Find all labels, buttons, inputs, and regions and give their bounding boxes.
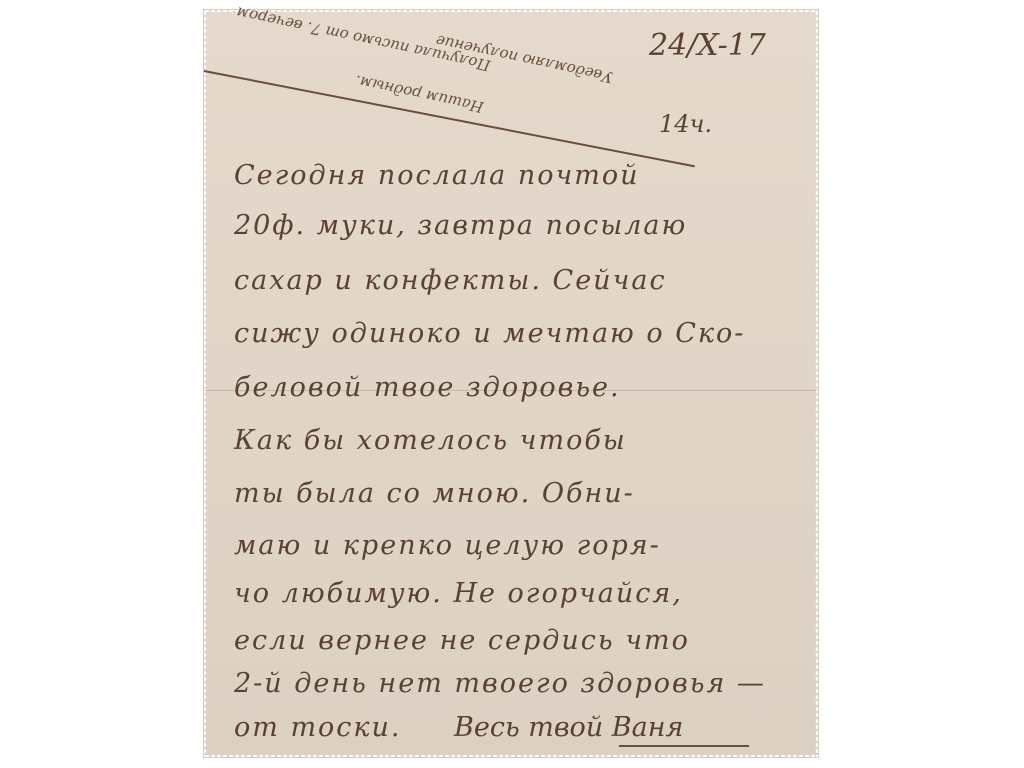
perforated-edge-top [204,10,818,14]
perforated-edge-bottom [204,753,818,757]
perforated-edge-left [204,10,208,757]
upside-down-note-line-1: Нашим родным. [354,72,485,117]
body-line-6: Как бы хотелось чтобы [234,425,627,456]
body-line-12: от тоски. [234,712,402,743]
signature: Весь твой Ваня [454,712,683,743]
letter-card: Получила письмо от 7. вечером Уведомляю … [204,10,818,757]
body-line-11: 2-й день нет твоего здоровья — [234,668,766,699]
body-line-3: сахар и конфекты. Сейчас [234,265,667,296]
letter-time: 14ч. [659,110,712,138]
body-line-5: беловой твое здоровье. [234,372,621,403]
body-line-10: если вернее не сердись что [234,625,690,656]
body-line-8: маю и крепко целую горя- [234,530,661,561]
body-line-2: 20ф. муки, завтра посылаю [234,210,687,241]
body-line-9: чо любимую. Не огорчайся, [234,578,683,609]
body-line-1: Сегодня послала почтой [234,160,640,191]
diagonal-divider-line [204,70,695,167]
body-line-7: ты была со мною. Обни- [234,478,635,509]
perforated-edge-right [814,10,818,757]
signature-underline [619,745,749,747]
body-line-4: сижу одиноко и мечтаю о Ско- [234,318,745,349]
letter-date: 24/X-17 [649,28,766,63]
